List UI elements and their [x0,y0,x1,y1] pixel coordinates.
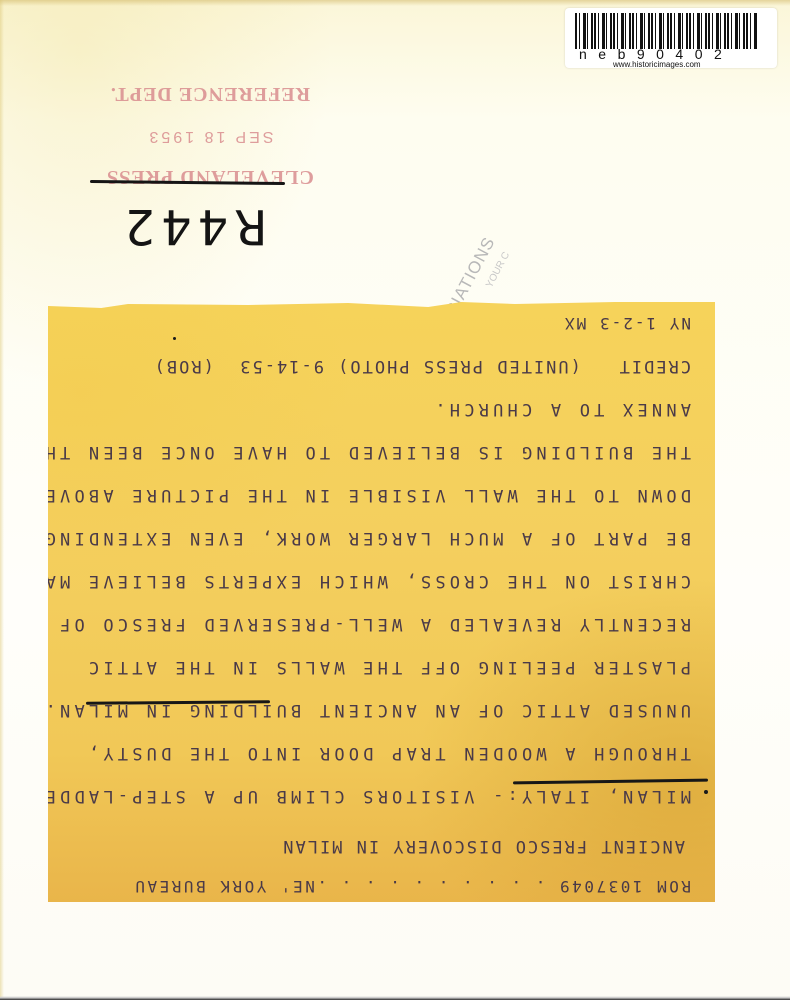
handwritten-note: R442 [108,195,278,255]
caption-text: ROM 1037049 . . . . . . . . . .NE' YORK … [48,302,715,902]
caption-line: CHRIST ON THE CROSS, WHICH EXPERTS BELIE… [58,548,691,591]
paper-top-edge [0,0,790,6]
stamp-name: CLEVELAND PRESS [100,165,320,188]
caption-line: DOWN TO THE WALL VISIBLE IN THE PICTURE … [58,462,691,505]
caption-line: PLASTER PEELING OFF THE WALLS IN THE ATT… [58,634,691,677]
barcode-url: www.historicimages.com [613,61,701,69]
caption-line: BE PART OF A MUCH LARGER WORK, EVEN EXTE… [58,505,691,548]
caption-line: RECENTLY REVEALED A WELL-PRESERVED FRESC… [58,591,691,634]
paper-left-edge [0,0,4,1000]
ink-speck [173,337,176,340]
stamp-dept: REFERENCE DEPT. [100,82,320,105]
caption-line: MILAN, ITALY:- VISITORS CLIMB UP A STEP-… [58,763,691,806]
barcode-label: neb90402 www.historicimages.com [565,8,777,68]
ink-speck [704,790,708,794]
stamp-date: SEP 18 1953 [100,127,320,145]
caption-credit: CREDIT (UNITED PRESS PHOTO) 9-14-53 (ROB… [58,333,691,376]
caption-header: ROM 1037049 . . . . . . . . . .NE' YORK … [58,856,691,896]
caption-line: UNUSED ATTIC OF AN ANCIENT BUILDING IN M… [58,677,691,720]
caption-line: THROUGH A WOODEN TRAP DOOR INTO THE DUST… [58,720,691,763]
caption-title: ANCIENT FRESCO DISCOVERY IN MILAN [58,806,691,856]
barcode-code: neb90402 [579,47,749,61]
caption-line: THE BUILDING IS BELIEVED TO HAVE ONCE BE… [58,419,691,462]
cleveland-press-stamp: CLEVELAND PRESS SEP 18 1953 REFERENCE DE… [100,62,320,192]
caption-slip: ROM 1037049 . . . . . . . . . .NE' YORK … [48,302,715,902]
caption-line: ANNEX TO A CHURCH. [58,376,691,419]
paper-bottom-edge [0,996,790,1000]
barcode-icon [575,13,757,49]
